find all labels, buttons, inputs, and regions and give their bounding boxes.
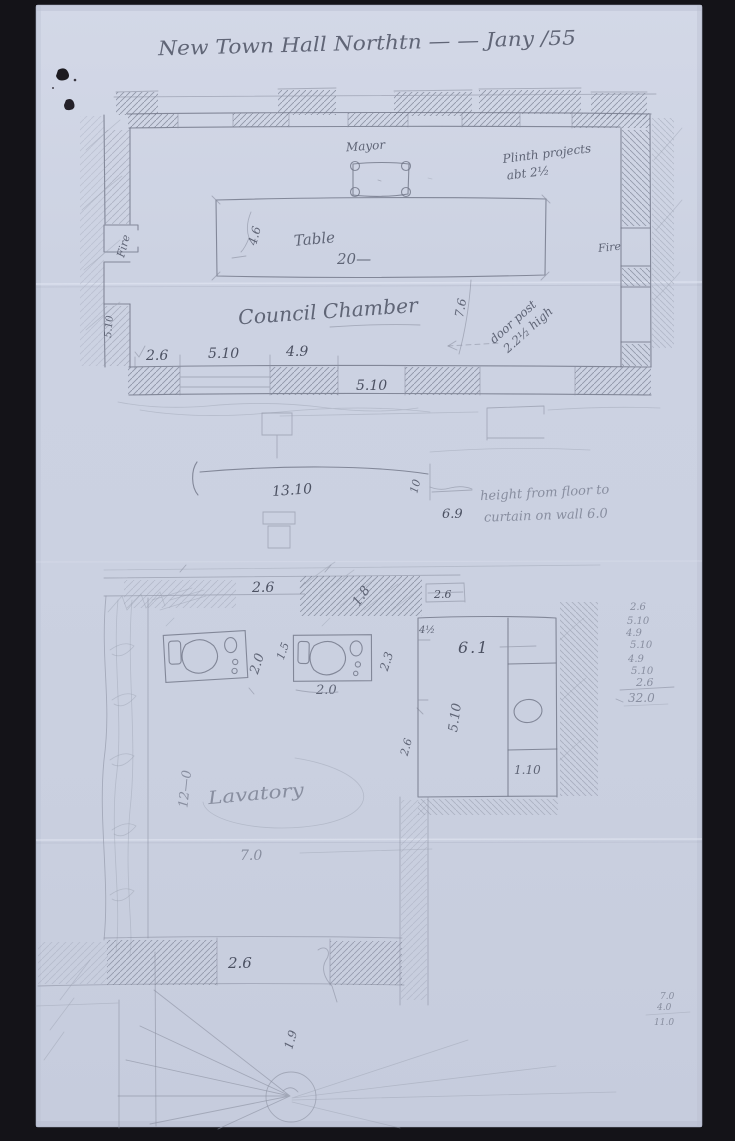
corner-sum-item-2: 4.0 [656, 1003, 672, 1013]
wall-sum-item-3: 4.9 [625, 628, 643, 639]
wc-width-dim: 6.1 [458, 638, 489, 657]
left-wall-dim: 5.10 [103, 314, 116, 338]
corner-sum-total: 11.0 [654, 1018, 674, 1028]
sketch-canvas: New Town Hall Northtn — — Jany /55 [0, 0, 735, 1141]
wall-sum-item-5: 4.9 [627, 654, 645, 665]
wall-sum-total: 32.0 [628, 691, 655, 705]
room-dim: 7.0 [240, 848, 262, 864]
height-value: 6.9 [442, 507, 463, 522]
corner-sum-item-1: 7.0 [660, 992, 675, 1002]
lav-top-dim3: 2.6 [433, 588, 452, 601]
wall-sum-item-4: 5.10 [630, 640, 653, 651]
mayor-label: Mayor [344, 138, 386, 155]
span-dim-value: 13.10 [272, 481, 313, 500]
door-dim: 5.10 [356, 378, 387, 394]
bottom-dim-3: 4.9 [285, 344, 308, 360]
wall-sum-item-1: 2.6 [629, 602, 647, 613]
scanned-drawing: New Town Hall Northtn — — Jany /55 [0, 0, 735, 1141]
basin-width-dim: 2.0 [315, 683, 337, 698]
bottom-dim-1: 2.6 [145, 348, 168, 364]
wc-seat-dim: 1.10 [514, 763, 541, 777]
table-label: Table [293, 228, 336, 250]
lav-bottom-dim: 2.6 [227, 954, 252, 972]
fire-right-label: Fire [596, 240, 622, 255]
wall-sum-item-2: 5.10 [627, 616, 650, 627]
wc-offset-dim: 4½ [418, 625, 435, 636]
bottom-dim-2: 5.10 [208, 346, 239, 362]
table-length-dim: 20— [336, 250, 371, 268]
lav-top-dim1: 2.6 [251, 580, 274, 596]
wall-sum-item-7: 2.6 [635, 676, 654, 689]
